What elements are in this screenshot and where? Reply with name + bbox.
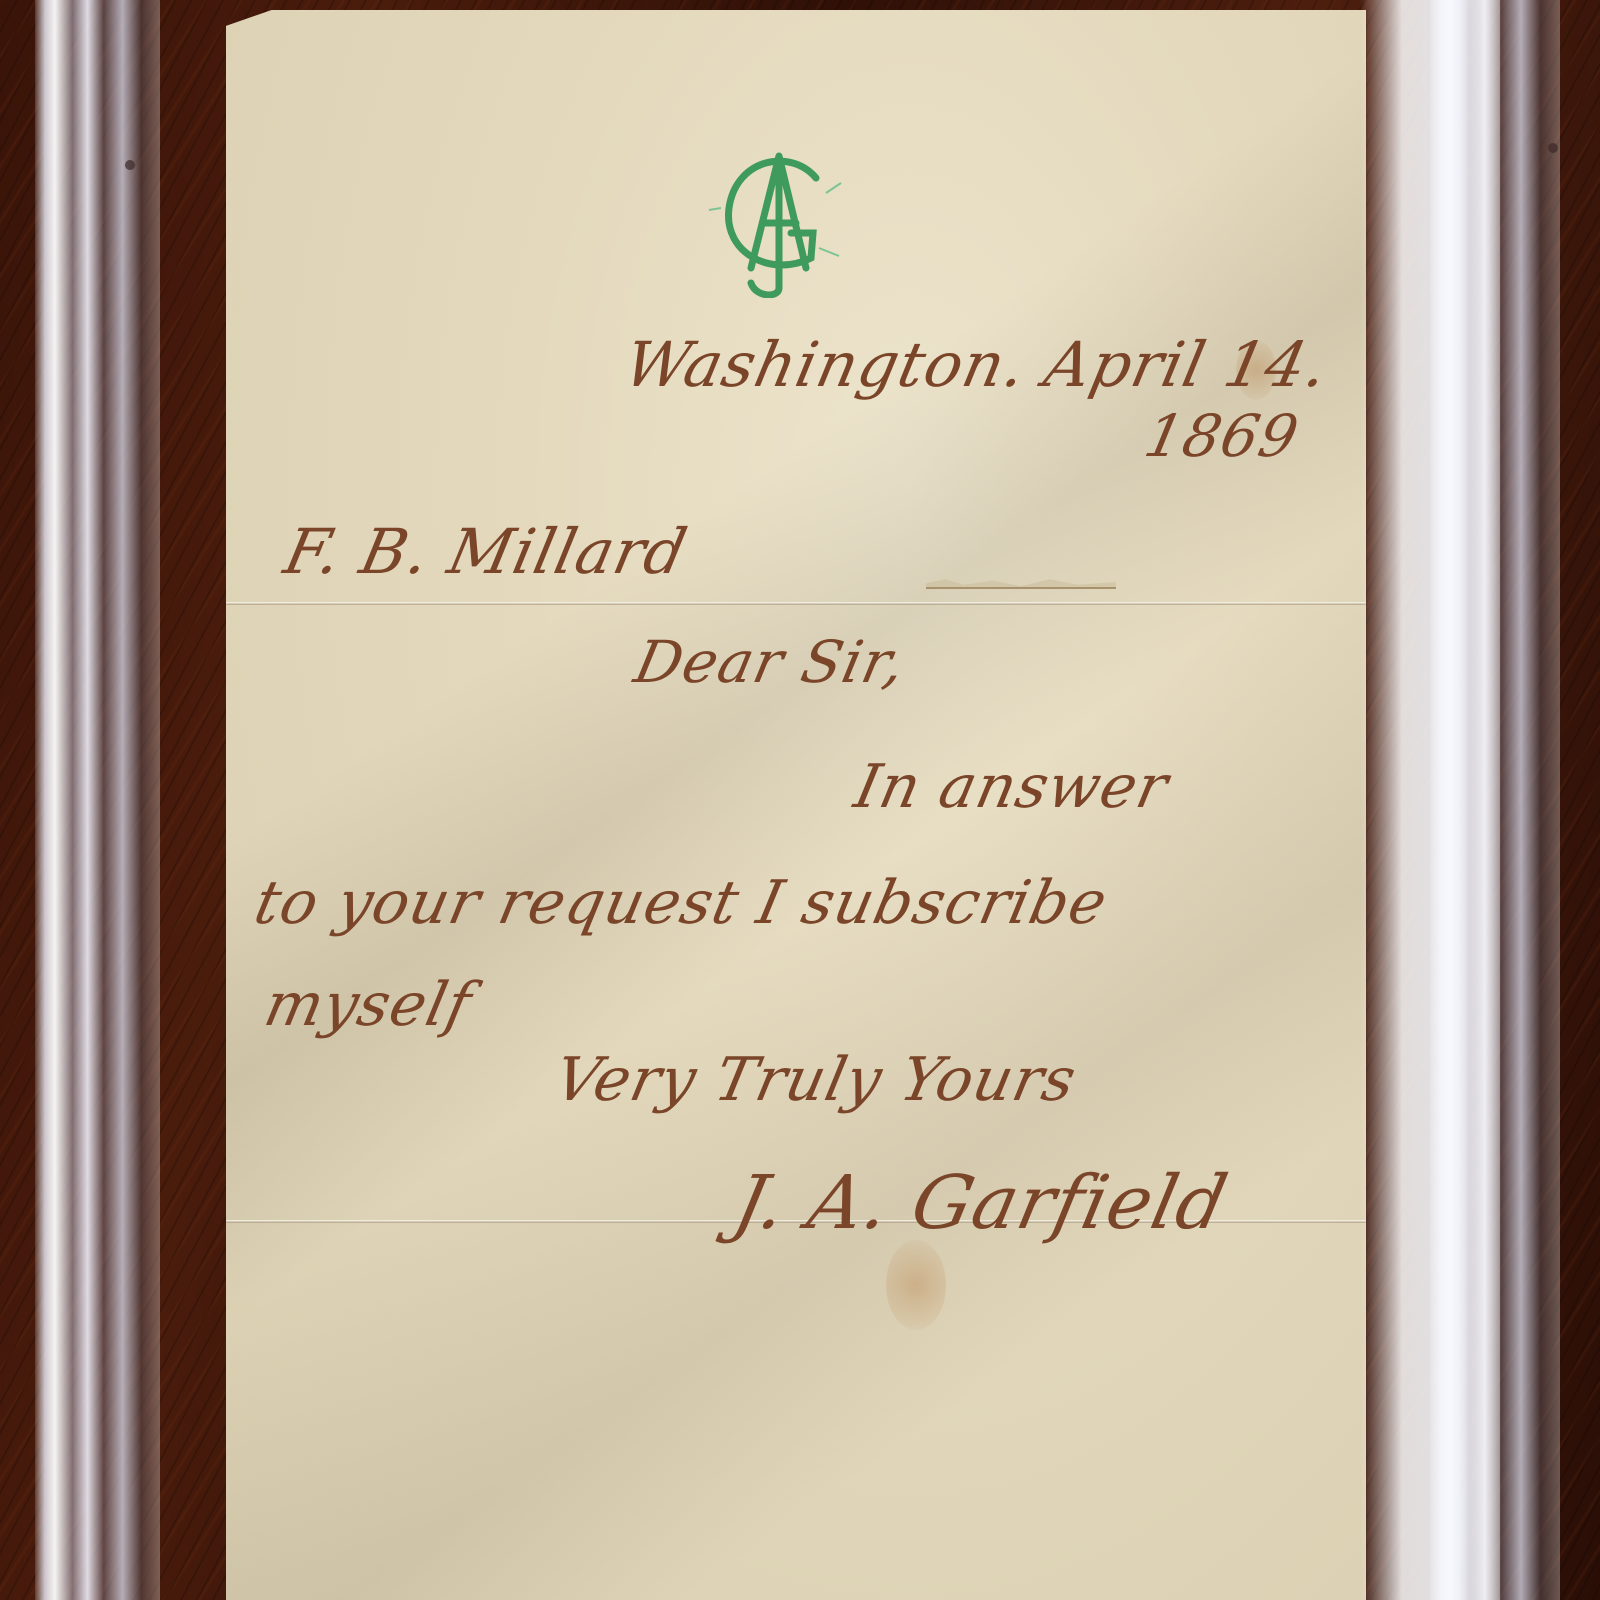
salutation: Dear Sir, <box>629 628 912 696</box>
fold-crease <box>226 602 1366 605</box>
letter-sheet: Washington. April 14. 1869 F. B. Millard… <box>226 10 1366 1600</box>
dateline-place: Washington. April 14. <box>618 328 1335 401</box>
holder-notch <box>125 160 135 170</box>
body-line: myself <box>259 970 478 1040</box>
holder-glare <box>1360 0 1500 1600</box>
body-line: In answer <box>849 752 1175 822</box>
body-line: to your request I subscribe <box>249 868 1114 938</box>
holder-left-rail <box>35 0 160 1600</box>
engraved-monogram-icon <box>701 138 851 298</box>
recipient-name: F. B. Millard <box>278 515 694 588</box>
closing: Very Truly Yours <box>549 1045 1083 1115</box>
holder-notch <box>1548 143 1558 153</box>
signature: J. A. Garfield <box>727 1160 1235 1246</box>
foxing-stain <box>886 1240 946 1330</box>
dateline-year: 1869 <box>1139 402 1305 470</box>
